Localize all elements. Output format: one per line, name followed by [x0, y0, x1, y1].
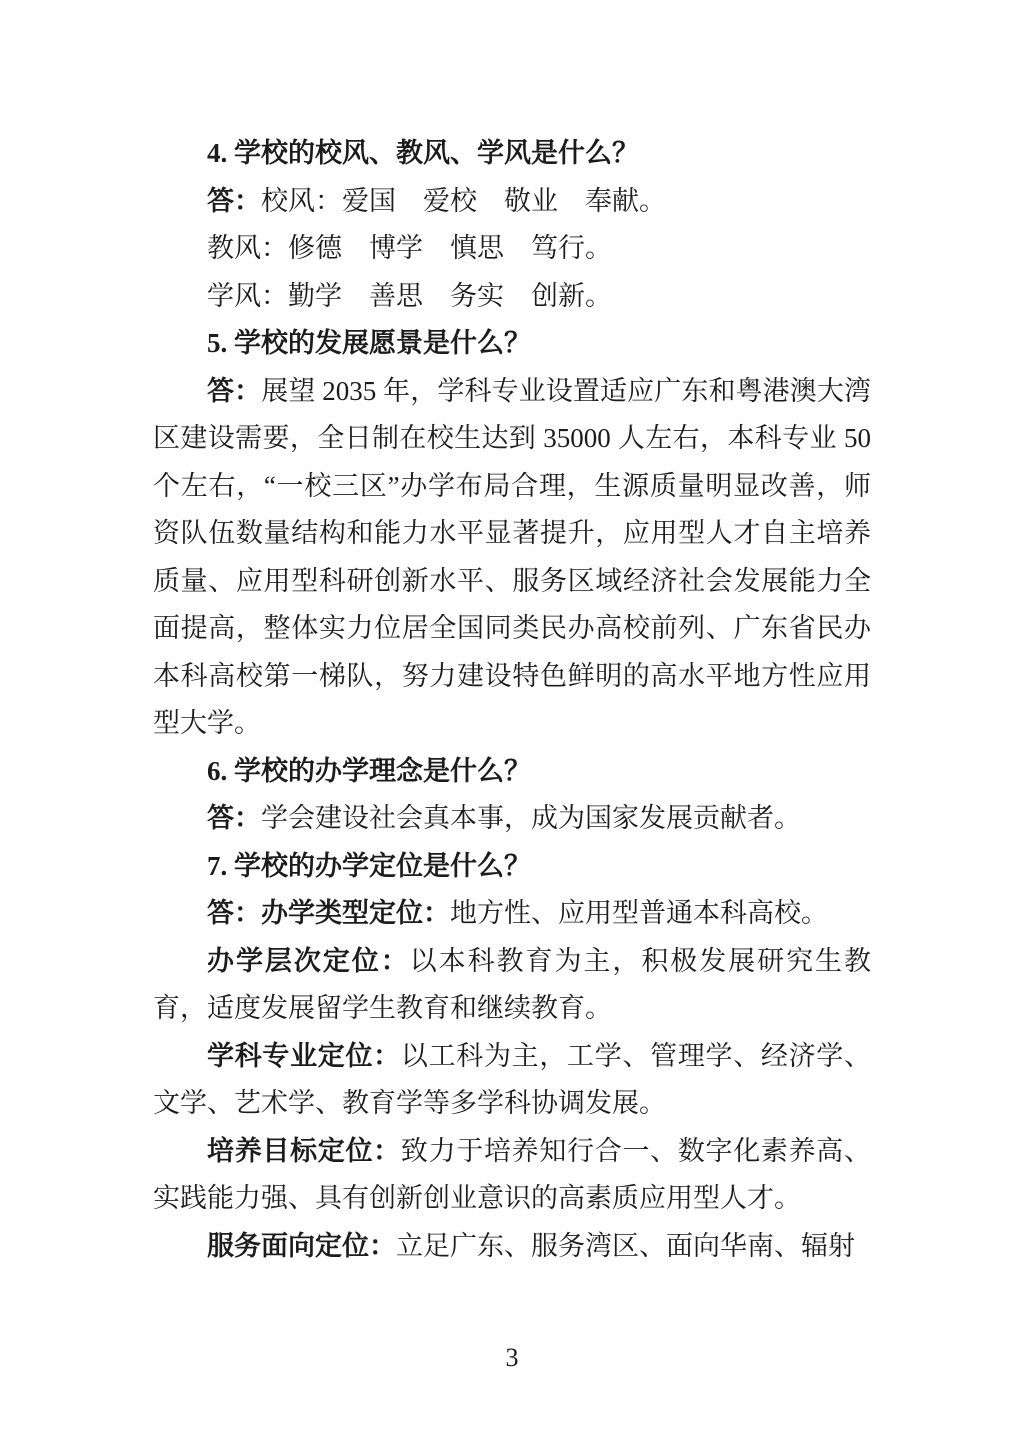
answer-label: 答：	[207, 186, 261, 216]
answer-label: 答：办学类型定位：	[207, 898, 450, 928]
heading-text: 7. 学校的办学定位是什么？	[207, 851, 531, 881]
question-heading-5: 5. 学校的发展愿景是什么？	[153, 320, 871, 368]
question-heading-4: 4. 学校的校风、教风、学风是什么？	[153, 130, 871, 178]
page-number: 3	[0, 1338, 1024, 1378]
term-label: 办学层次定位：	[207, 946, 410, 976]
answer-paragraph-type-positioning: 答：办学类型定位：地方性、应用型普通本科高校。	[153, 890, 871, 938]
paragraph-level-positioning: 办学层次定位：以本科教育为主，积极发展研究生教育，适度发展留学生教育和继续教育。	[153, 938, 871, 1033]
paragraph-text: 学风：勤学 善思 务实 创新。	[207, 281, 612, 311]
question-heading-6: 6. 学校的办学理念是什么？	[153, 748, 871, 796]
paragraph-training-goal-positioning: 培养目标定位：致力于培养知行合一、数字化素养高、实践能力强、具有创新创业意识的高…	[153, 1128, 871, 1223]
document-page: 4. 学校的校风、教风、学风是什么？ 答：校风：爱国 爱校 敬业 奉献。 教风：…	[0, 0, 1024, 1448]
paragraph-text: 立足广东、服务湾区、面向华南、辐射	[396, 1231, 855, 1261]
paragraph-text: 地方性、应用型普通本科高校。	[450, 898, 828, 928]
answer-label: 答：	[207, 376, 261, 406]
document-text-block: 4. 学校的校风、教风、学风是什么？ 答：校风：爱国 爱校 敬业 奉献。 教风：…	[153, 130, 871, 1270]
answer-paragraph-xiaofeng: 答：校风：爱国 爱校 敬业 奉献。	[153, 178, 871, 226]
heading-text: 4. 学校的校风、教风、学风是什么？	[207, 138, 639, 168]
term-label: 培养目标定位：	[207, 1136, 401, 1166]
paragraph-jiaofeng: 教风：修德 博学 慎思 笃行。	[153, 225, 871, 273]
term-label: 服务面向定位：	[207, 1231, 396, 1261]
answer-paragraph-philosophy: 答：学会建设社会真本事，成为国家发展贡献者。	[153, 795, 871, 843]
paragraph-text: 展望 2035 年，学科专业设置适应广东和粤港澳大湾区建设需要，全日制在校生达到…	[153, 376, 871, 739]
paragraph-xuefeng: 学风：勤学 善思 务实 创新。	[153, 273, 871, 321]
term-label: 学科专业定位：	[207, 1041, 401, 1071]
heading-text: 5. 学校的发展愿景是什么？	[207, 328, 531, 358]
answer-label: 答：	[207, 803, 261, 833]
answer-paragraph-vision: 答：展望 2035 年，学科专业设置适应广东和粤港澳大湾区建设需要，全日制在校生…	[153, 368, 871, 748]
heading-text: 6. 学校的办学理念是什么？	[207, 756, 531, 786]
question-heading-7: 7. 学校的办学定位是什么？	[153, 843, 871, 891]
paragraph-text: 校风：爱国 爱校 敬业 奉献。	[261, 186, 666, 216]
paragraph-text: 教风：修德 博学 慎思 笃行。	[207, 233, 612, 263]
paragraph-discipline-positioning: 学科专业定位：以工科为主，工学、管理学、经济学、文学、艺术学、教育学等多学科协调…	[153, 1033, 871, 1128]
paragraph-text: 学会建设社会真本事，成为国家发展贡献者。	[261, 803, 801, 833]
paragraph-service-positioning: 服务面向定位：立足广东、服务湾区、面向华南、辐射	[153, 1223, 871, 1271]
